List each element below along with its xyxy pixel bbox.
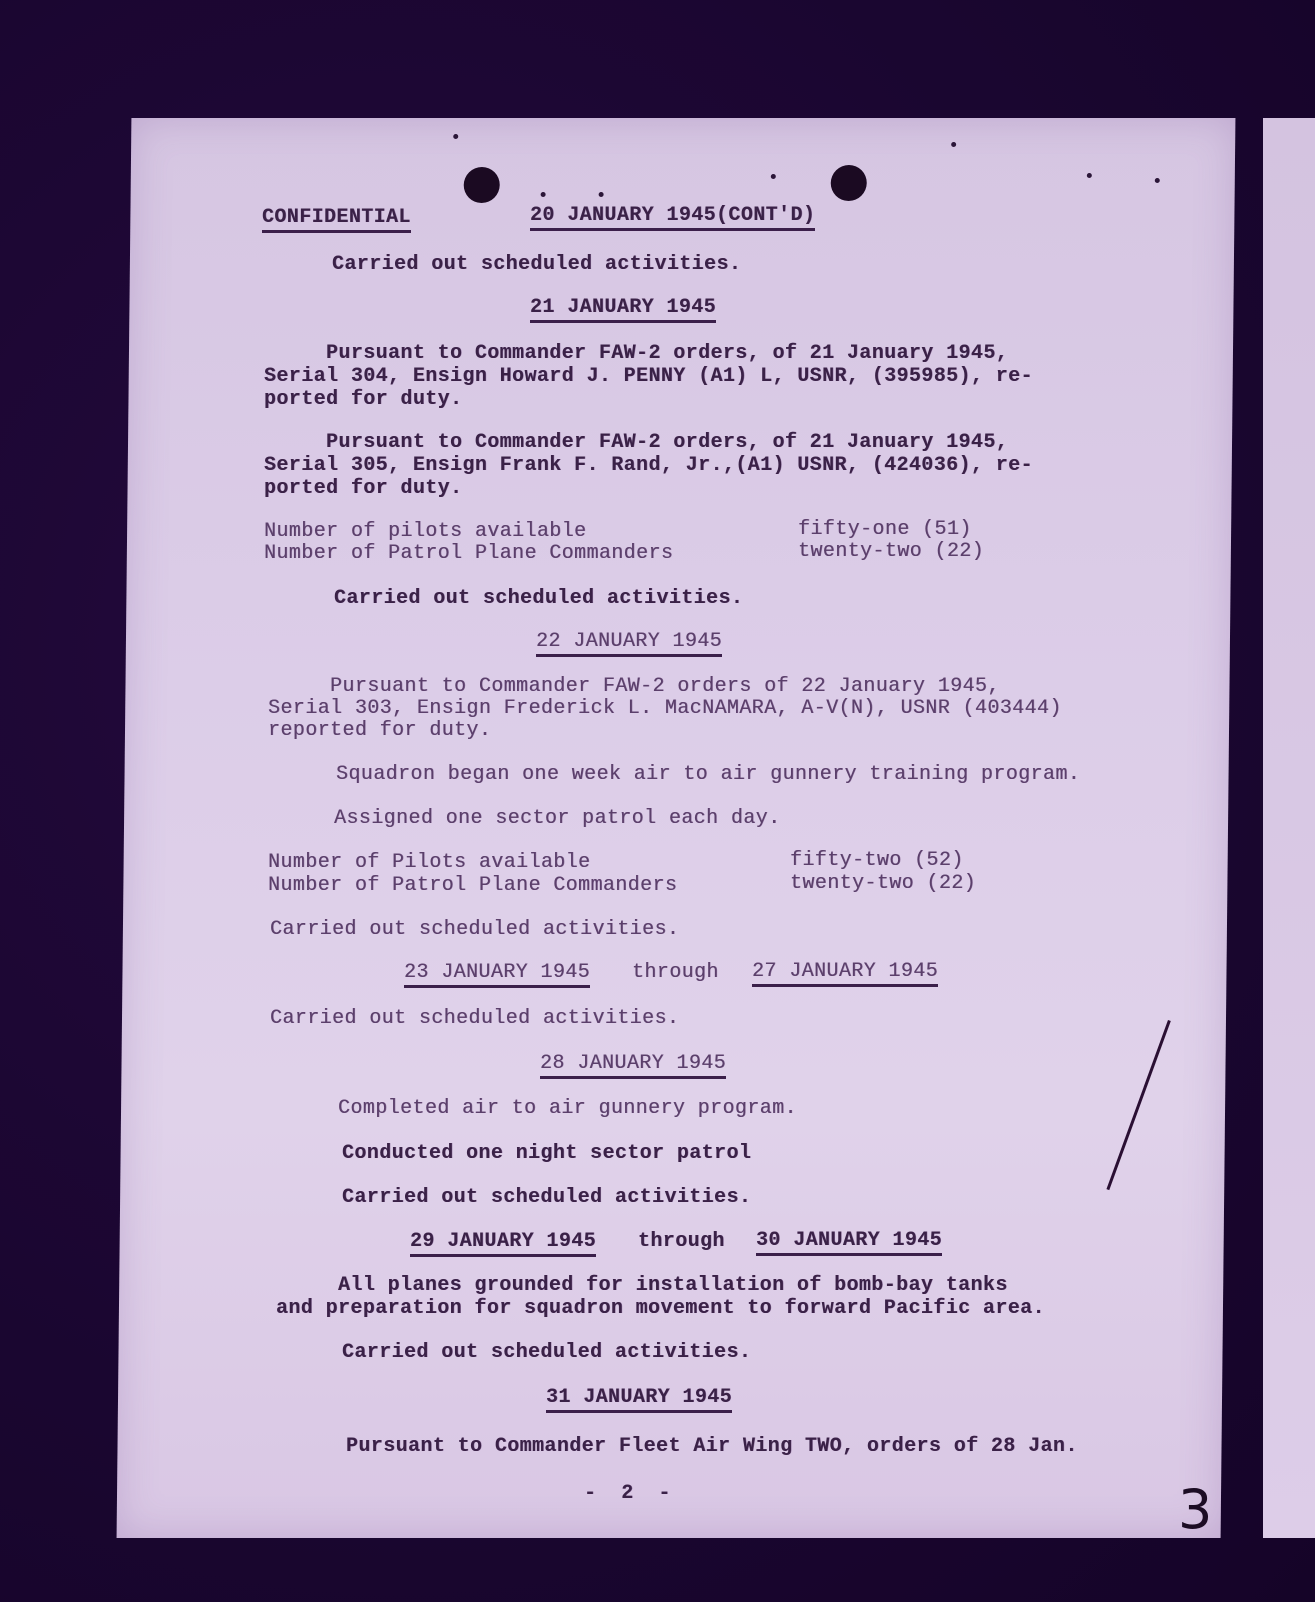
speck — [1087, 173, 1092, 178]
date-heading: 21 JANUARY 1945 — [530, 296, 716, 319]
punch-hole-right — [831, 165, 867, 201]
entry-text: Carried out scheduled activities. — [342, 1186, 751, 1209]
paragraph-line: ported for duty. — [264, 388, 462, 411]
entry-text: Carried out scheduled activities. — [270, 1007, 679, 1030]
entry-text: Pursuant to Commander Fleet Air Wing TWO… — [346, 1435, 1078, 1458]
date-range-start: 23 JANUARY 1945 — [404, 961, 590, 984]
handwritten-frame-number: 3 — [1178, 1478, 1212, 1541]
speck — [453, 134, 458, 139]
date-range-end: 30 JANUARY 1945 — [756, 1229, 942, 1252]
entry-text: Completed air to air gunnery program. — [338, 1097, 797, 1120]
stat-value: fifty-two (52) — [790, 849, 964, 872]
stat-value: twenty-two (22) — [798, 540, 984, 563]
paragraph-line: Serial 304, Ensign Howard J. PENNY (A1) … — [264, 365, 1033, 388]
date-heading: 22 JANUARY 1945 — [536, 630, 722, 653]
classification-label: CONFIDENTIAL — [262, 206, 411, 229]
stat-value: twenty-two (22) — [790, 872, 976, 895]
speck — [599, 192, 604, 197]
entry-text: Carried out scheduled activities. — [332, 253, 741, 276]
entry-text: Squadron began one week air to air gunne… — [336, 763, 1080, 786]
stat-label: Number of Pilots available — [268, 851, 590, 874]
paragraph-line: ported for duty. — [264, 477, 462, 500]
punch-hole-left — [464, 167, 500, 203]
date-range-through: through — [638, 1230, 725, 1253]
stat-label: Number of Patrol Plane Commanders — [264, 542, 673, 565]
date-range-end: 27 JANUARY 1945 — [752, 960, 938, 983]
paragraph-line: and preparation for squadron movement to… — [276, 1297, 1045, 1320]
date-heading-continued: 20 JANUARY 1945(CONT'D) — [530, 204, 815, 227]
paragraph-line: All planes grounded for installation of … — [276, 1274, 1008, 1297]
paragraph-line: Serial 305, Ensign Frank F. Rand, Jr.,(A… — [264, 454, 1033, 477]
entry-text: Carried out scheduled activities. — [334, 587, 743, 610]
speck — [1155, 178, 1160, 183]
date-range-through: through — [632, 961, 719, 984]
entry-text: Conducted one night sector patrol — [342, 1142, 751, 1165]
paragraph-line: Pursuant to Commander FAW-2 orders of 22… — [268, 675, 1000, 698]
stat-value: fifty-one (51) — [798, 518, 972, 541]
speck — [541, 192, 546, 197]
date-heading: 31 JANUARY 1945 — [546, 1386, 732, 1409]
speck — [951, 142, 956, 147]
entry-text: Carried out scheduled activities. — [342, 1341, 751, 1364]
adjacent-page-edge — [1263, 118, 1315, 1538]
speck — [771, 174, 776, 179]
paragraph-line: reported for duty. — [268, 719, 491, 742]
stat-label: Number of Patrol Plane Commanders — [268, 874, 677, 897]
entry-text: Carried out scheduled activities. — [270, 918, 679, 941]
date-range-start: 29 JANUARY 1945 — [410, 1230, 596, 1253]
page-number: - 2 - — [584, 1482, 671, 1505]
paragraph-line: Serial 303, Ensign Frederick L. MacNAMAR… — [268, 697, 1062, 720]
paragraph-line: Pursuant to Commander FAW-2 orders, of 2… — [264, 431, 1008, 454]
paragraph-line: Pursuant to Commander FAW-2 orders, of 2… — [264, 342, 1008, 365]
entry-text: Assigned one sector patrol each day. — [334, 807, 780, 830]
date-heading: 28 JANUARY 1945 — [540, 1052, 726, 1075]
stat-label: Number of pilots available — [264, 520, 586, 543]
